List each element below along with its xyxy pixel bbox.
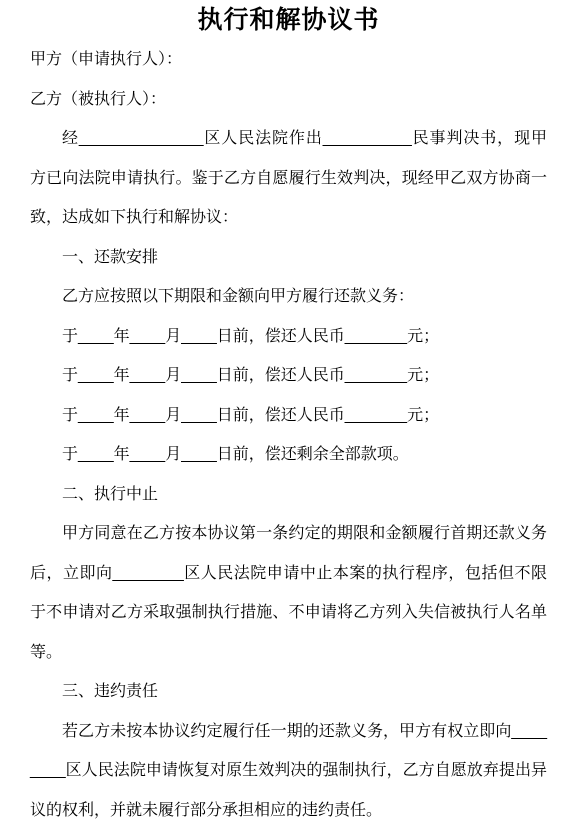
section-1-lead: 乙方应按照以下期限和金额向甲方履行还款义务： bbox=[30, 277, 547, 317]
section-2-heading: 二、执行中止 bbox=[30, 475, 547, 515]
document-title: 执行和解协议书 bbox=[30, 2, 547, 40]
section-3-body: 若乙方未按本协议约定履行任一期的还款义务，甲方有权立即向________区人民法… bbox=[30, 712, 547, 831]
installment-line-4: 于____年____月____日前，偿还剩余全部款项。 bbox=[30, 435, 547, 475]
party-b-line: 乙方（被执行人）： bbox=[30, 80, 547, 120]
party-a-line: 甲方（申请执行人）： bbox=[30, 40, 547, 80]
section-1-heading: 一、还款安排 bbox=[30, 238, 547, 278]
installment-line-1: 于____年____月____日前，偿还人民币_______元； bbox=[30, 317, 547, 357]
installment-line-3: 于____年____月____日前，偿还人民币_______元； bbox=[30, 396, 547, 436]
section-2-body: 甲方同意在乙方按本协议第一条约定的期限和金额履行首期还款义务后，立即向_____… bbox=[30, 514, 547, 672]
intro-paragraph: 经______________区人民法院作出__________民事判决书，现甲… bbox=[30, 119, 547, 238]
document-page: 执行和解协议书 甲方（申请执行人）： 乙方（被执行人）： 经__________… bbox=[0, 0, 577, 833]
section-3-heading: 三、违约责任 bbox=[30, 672, 547, 712]
installment-line-2: 于____年____月____日前，偿还人民币_______元； bbox=[30, 356, 547, 396]
